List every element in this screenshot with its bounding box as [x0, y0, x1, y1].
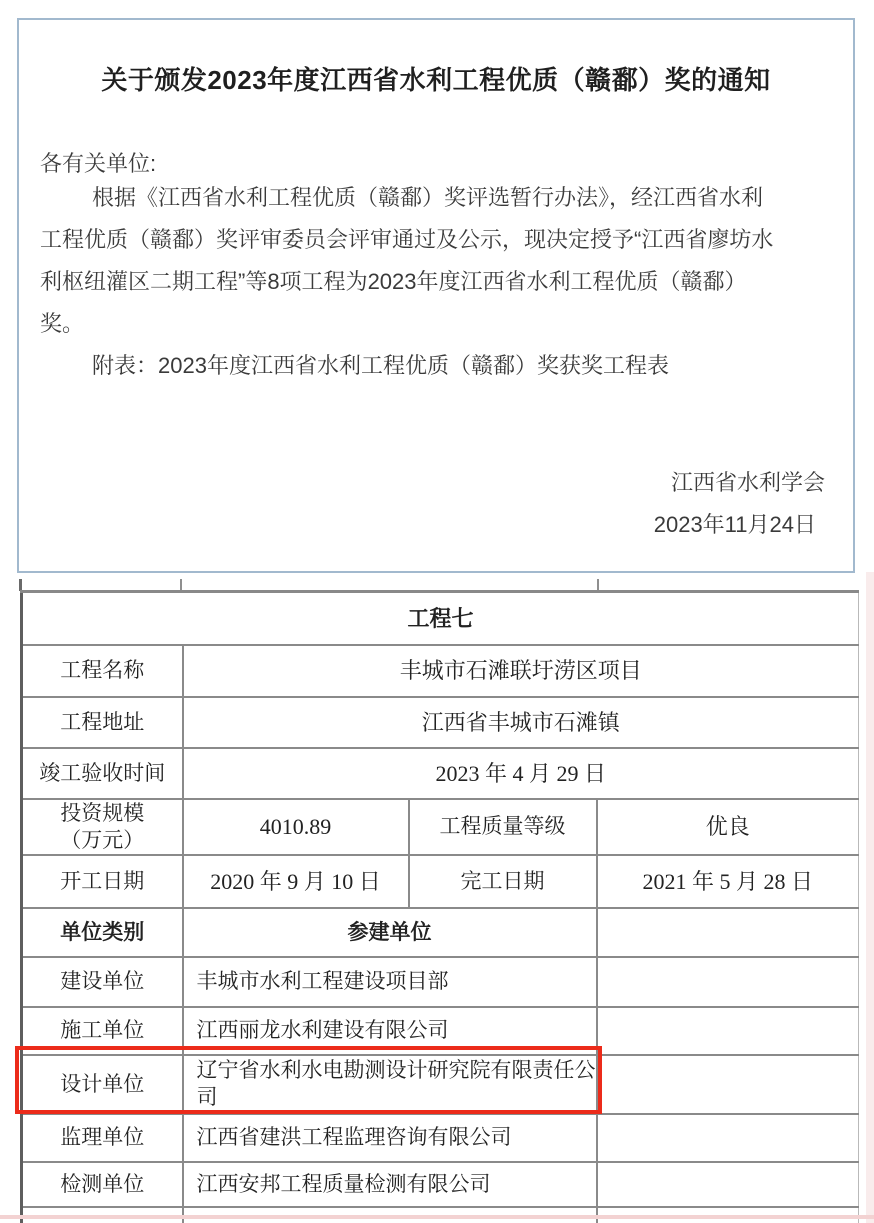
table-row-unit-header: 单位类别 参建单位 — [22, 908, 859, 957]
investment-label-line1: 投资规模 — [60, 801, 144, 825]
row-label: 工程地址 — [22, 697, 183, 748]
row-label: 竣工验收时间 — [22, 748, 183, 799]
inspector-value: 江西安邦工程质量检测有限公司 — [183, 1162, 597, 1207]
table-row-title: 工程七 — [22, 592, 859, 645]
notice-salutation: 各有关单位: — [40, 149, 832, 179]
quality-grade-label: 工程质量等级 — [409, 799, 597, 855]
empty-cell — [597, 1162, 859, 1207]
investment-value: 4010.89 — [183, 799, 409, 855]
finish-date-label: 完工日期 — [409, 855, 597, 908]
notice-card: 关于颁发2023年度江西省水利工程优质（赣鄱）奖的通知 各有关单位: 根据《江西… — [17, 18, 855, 573]
unit-category-header: 单位类别 — [22, 908, 183, 957]
notice-paragraph-line: 利枢纽灌区二期工程”等8项工程为2023年度江西省水利工程优质（赣鄱） — [40, 267, 832, 297]
start-date-value: 2020 年 9 月 10 日 — [183, 855, 409, 908]
table-row-inspector: 检测单位 江西安邦工程质量检测有限公司 — [22, 1162, 859, 1207]
page-edge-tint-right — [866, 572, 874, 1223]
empty-cell — [597, 1055, 859, 1114]
page-edge-tint-bottom — [0, 1215, 874, 1219]
table-row-dates: 开工日期 2020 年 9 月 10 日 完工日期 2021 年 5 月 28 … — [22, 855, 859, 908]
row-label: 建设单位 — [22, 957, 183, 1007]
notice-title: 关于颁发2023年度江西省水利工程优质（赣鄱）奖的通知 — [19, 60, 853, 97]
row-label: 工程名称 — [22, 645, 183, 697]
project-address-value: 江西省丰城市石滩镇 — [183, 697, 859, 748]
table-row-acceptance-date: 竣工验收时间 2023 年 4 月 29 日 — [22, 748, 859, 799]
finish-date-value: 2021 年 5 月 28 日 — [597, 855, 859, 908]
quality-grade-value: 优良 — [597, 799, 859, 855]
sign-date: 2023年11月24日 — [416, 510, 816, 540]
table-row-construction-owner: 建设单位 丰城市水利工程建设项目部 — [22, 957, 859, 1007]
table-row-investment: 投资规模（万元） 4010.89 工程质量等级 优良 — [22, 799, 859, 855]
row-label: 监理单位 — [22, 1114, 183, 1162]
participating-units-header: 参建单位 — [183, 908, 597, 957]
table-row-project-name: 工程名称 丰城市石滩联圩涝区项目 — [22, 645, 859, 697]
award-table: 工程七 工程名称 丰城市石滩联圩涝区项目 工程地址 江西省丰城市石滩镇 竣工验收… — [20, 590, 859, 1223]
table-row-supervisor: 监理单位 江西省建洪工程监理咨询有限公司 — [22, 1114, 859, 1162]
table-title: 工程七 — [22, 592, 859, 645]
empty-cell — [597, 957, 859, 1007]
attachment-line: 附表：2023年度江西省水利工程优质（赣鄱）奖获奖工程表 — [40, 351, 832, 381]
empty-cell — [597, 1114, 859, 1162]
table-row-project-address: 工程地址 江西省丰城市石滩镇 — [22, 697, 859, 748]
acceptance-date-value: 2023 年 4 月 29 日 — [183, 748, 859, 799]
empty-cell — [597, 1007, 859, 1055]
supervisor-value: 江西省建洪工程监理咨询有限公司 — [183, 1114, 597, 1162]
row-label: 投资规模（万元） — [22, 799, 183, 855]
row-label: 开工日期 — [22, 855, 183, 908]
project-name-value: 丰城市石滩联圩涝区项目 — [183, 645, 859, 697]
notice-paragraph-line: 根据《江西省水利工程优质（赣鄱）奖评选暂行办法》，经江西省水利 — [40, 183, 832, 213]
empty-cell — [597, 908, 859, 957]
signer-name: 江西省水利学会 — [425, 468, 825, 498]
construction-owner-value: 丰城市水利工程建设项目部 — [183, 957, 597, 1007]
red-highlight-box — [15, 1046, 602, 1114]
investment-label-line2: （万元） — [60, 828, 144, 852]
row-label: 检测单位 — [22, 1162, 183, 1207]
notice-paragraph-line: 奖。 — [40, 309, 832, 339]
notice-paragraph-line: 工程优质（赣鄱）奖评审委员会评审通过及公示，现决定授予“江西省廖坊水 — [40, 225, 832, 255]
